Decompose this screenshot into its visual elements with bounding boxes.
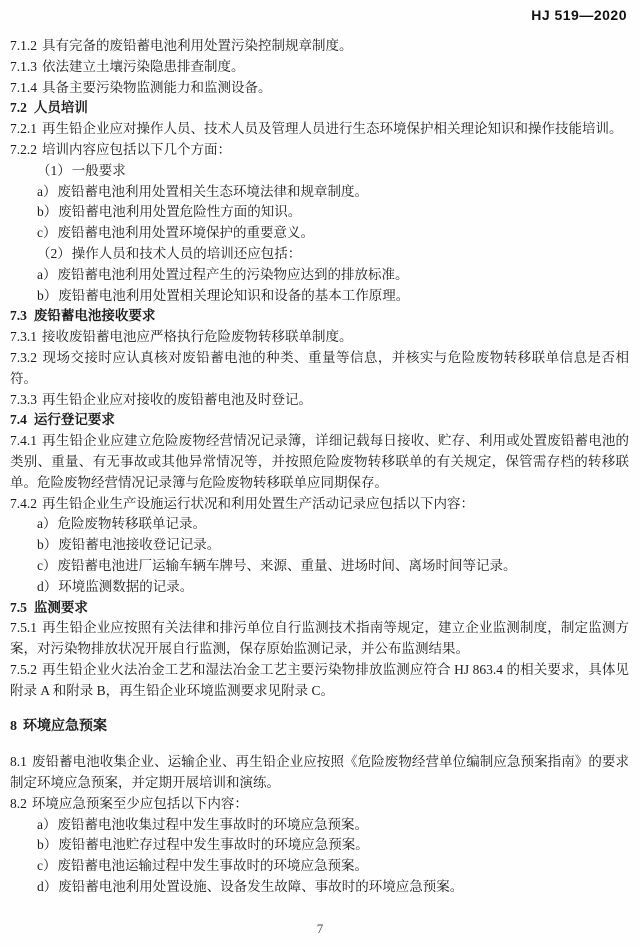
clause-text: 废铅蓄电池接收要求	[34, 308, 156, 323]
clause-paragraph: 8.2环境应急预案至少应包括以下内容：	[10, 794, 629, 815]
clause-paragraph: 7.2.1再生铅企业应对操作人员、技术人员及管理人员进行生态环境保护相关理论知识…	[10, 119, 629, 140]
clause-text: 现场交接时应认真核对废铅蓄电池的种类、重量等信息，并核实与危险废物转移联单信息是…	[10, 350, 629, 386]
clause-text: 再生铅企业火法冶金工艺和湿法冶金工艺主要污染物排放监测应符合 HJ 863.4 …	[10, 662, 629, 698]
clause-text: 具备主要污染物监测能力和监测设备。	[42, 80, 272, 95]
clause-number: 7.2.2	[10, 142, 37, 157]
clause-paragraph: 7.2.2培训内容应包括以下几个方面：	[10, 140, 629, 161]
list-item: c）废铅蓄电池运输过程中发生事故时的环境应急预案。	[10, 856, 629, 877]
clause-text: 废铅蓄电池利用处置过程产生的污染物应达到的排放标准。	[58, 267, 409, 282]
list-item: b）废铅蓄电池利用处置相关理论知识和设备的基本工作原理。	[10, 286, 629, 307]
clause-number: 7.3	[10, 308, 27, 323]
clause-text: 废铅蓄电池贮存过程中发生事故时的环境应急预案。	[58, 837, 369, 852]
clause-text: 人员培训	[34, 100, 88, 115]
clause-text: 废铅蓄电池利用处置相关理论知识和设备的基本工作原理。	[58, 288, 409, 303]
standard-code-header: HJ 519—2020	[531, 7, 627, 23]
clause-paragraph: 7.5.1再生铅企业应按照有关法律和排污单位自行监测技术指南等规定，建立企业监测…	[10, 618, 629, 660]
document-page: HJ 519—2020 7.1.2具有完备的废铅蓄电池利用处置污染控制规章制度。…	[0, 0, 640, 946]
list-item: c）废铅蓄电池进厂运输车辆车牌号、来源、重量、进场时间、离场时间等记录。	[10, 556, 629, 577]
section-heading: 7.5监测要求	[10, 598, 629, 619]
clause-number: a）	[37, 267, 57, 282]
clause-number: 8.2	[10, 796, 27, 811]
clause-number: 7.3.3	[10, 392, 37, 407]
clause-text: 再生铅企业应按照有关法律和排污单位自行监测技术指南等规定，建立企业监测制度，制定…	[10, 620, 629, 656]
clause-number: 7.3.1	[10, 329, 37, 344]
clause-number: b）	[37, 837, 57, 852]
clause-paragraph: 7.3.2现场交接时应认真核对废铅蓄电池的种类、重量等信息，并核实与危险废物转移…	[10, 348, 629, 390]
clause-number: 7.2.1	[10, 121, 37, 136]
clause-number: 7.1.3	[10, 59, 37, 74]
clause-text: 一般要求	[72, 163, 126, 178]
clause-paragraph: 7.5.2再生铅企业火法冶金工艺和湿法冶金工艺主要污染物排放监测应符合 HJ 8…	[10, 660, 629, 702]
clause-number: 8	[10, 719, 17, 734]
list-item: c）废铅蓄电池利用处置环境保护的重要意义。	[10, 223, 629, 244]
clause-text: 运行登记要求	[34, 412, 115, 427]
clause-text: 环境监测数据的记录。	[58, 579, 193, 594]
clause-number: 7.4.2	[10, 496, 37, 511]
clause-number: a）	[37, 184, 57, 199]
clause-paragraph: 7.1.2具有完备的废铅蓄电池利用处置污染控制规章制度。	[10, 36, 629, 57]
clause-paragraph: 7.3.1接收废铅蓄电池应严格执行危险废物转移联单制度。	[10, 327, 629, 348]
list-item: d）废铅蓄电池利用处置设施、设备发生故障、事故时的环境应急预案。	[10, 877, 629, 898]
clause-text: 依法建立土壤污染隐患排查制度。	[42, 59, 245, 74]
clause-text: 环境应急预案至少应包括以下内容：	[32, 796, 248, 811]
clause-text: 再生铅企业应对操作人员、技术人员及管理人员进行生态环境保护相关理论知识和操作技能…	[42, 121, 623, 136]
clause-text: 废铅蓄电池运输过程中发生事故时的环境应急预案。	[58, 858, 369, 873]
clause-number: 7.5.1	[10, 620, 37, 635]
document-content: 7.1.2具有完备的废铅蓄电池利用处置污染控制规章制度。7.1.3依法建立土壤污…	[10, 36, 629, 898]
clause-text: 废铅蓄电池接收登记记录。	[58, 537, 220, 552]
clause-text: 废铅蓄电池利用处置危险性方面的知识。	[58, 204, 301, 219]
clause-text: 再生铅企业应对接收的废铅蓄电池及时登记。	[42, 392, 312, 407]
list-item: （1）一般要求	[10, 161, 629, 182]
list-item: b）废铅蓄电池贮存过程中发生事故时的环境应急预案。	[10, 835, 629, 856]
clause-text: 危险废物转移联单记录。	[58, 516, 207, 531]
list-item: （2）操作人员和技术人员的培训还应包括：	[10, 244, 629, 265]
clause-paragraph: 7.1.3依法建立土壤污染隐患排查制度。	[10, 57, 629, 78]
clause-text: 监测要求	[34, 600, 88, 615]
page-number: 7	[0, 921, 640, 937]
clause-paragraph: 7.4.2再生铅企业生产设施运行状况和利用处置生产活动记录应包括以下内容：	[10, 494, 629, 515]
section-heading: 7.2人员培训	[10, 98, 629, 119]
clause-text: 废铅蓄电池利用处置环境保护的重要意义。	[58, 225, 315, 240]
clause-text: 废铅蓄电池利用处置相关生态环境法律和规章制度。	[58, 184, 369, 199]
clause-number: 7.4.1	[10, 433, 37, 448]
clause-paragraph: 7.4.1再生铅企业应建立危险废物经营情况记录簿，详细记载每日接收、贮存、利用或…	[10, 431, 629, 493]
clause-paragraph: 7.3.3再生铅企业应对接收的废铅蓄电池及时登记。	[10, 390, 629, 411]
clause-number: d）	[37, 579, 57, 594]
clause-text: 操作人员和技术人员的培训还应包括：	[72, 246, 302, 261]
list-item: b）废铅蓄电池利用处置危险性方面的知识。	[10, 202, 629, 223]
clause-number: c）	[37, 225, 57, 240]
clause-paragraph: 7.1.4具备主要污染物监测能力和监测设备。	[10, 78, 629, 99]
list-item: a）危险废物转移联单记录。	[10, 514, 629, 535]
clause-number: 7.5.2	[10, 662, 37, 677]
section-heading: 7.3废铅蓄电池接收要求	[10, 306, 629, 327]
list-item: d）环境监测数据的记录。	[10, 577, 629, 598]
list-item: a）废铅蓄电池收集过程中发生事故时的环境应急预案。	[10, 815, 629, 836]
clause-text: 培训内容应包括以下几个方面：	[42, 142, 231, 157]
clause-number: 7.2	[10, 100, 27, 115]
clause-number: b）	[37, 204, 57, 219]
clause-text: 废铅蓄电池进厂运输车辆车牌号、来源、重量、进场时间、离场时间等记录。	[58, 558, 517, 573]
clause-number: （2）	[37, 246, 71, 261]
clause-number: 7.1.4	[10, 80, 37, 95]
clause-text: 再生铅企业生产设施运行状况和利用处置生产活动记录应包括以下内容：	[42, 496, 474, 511]
clause-number: 7.3.2	[10, 350, 37, 365]
list-item: b）废铅蓄电池接收登记记录。	[10, 535, 629, 556]
clause-text: 环境应急预案	[23, 719, 107, 734]
clause-text: 废铅蓄电池收集企业、运输企业、再生铅企业应按照《危险废物经营单位编制应急预案指南…	[10, 754, 629, 790]
clause-paragraph: 8.1废铅蓄电池收集企业、运输企业、再生铅企业应按照《危险废物经营单位编制应急预…	[10, 752, 629, 794]
clause-number: c）	[37, 558, 57, 573]
clause-number: d）	[37, 879, 57, 894]
clause-number: 7.1.2	[10, 38, 37, 53]
clause-number: b）	[37, 288, 57, 303]
clause-number: c）	[37, 858, 57, 873]
clause-text: 废铅蓄电池收集过程中发生事故时的环境应急预案。	[58, 817, 369, 832]
clause-number: 7.5	[10, 600, 27, 615]
chapter-heading: 8环境应急预案	[10, 717, 629, 738]
list-item: a）废铅蓄电池利用处置相关生态环境法律和规章制度。	[10, 182, 629, 203]
clause-number: b）	[37, 537, 57, 552]
clause-number: a）	[37, 516, 57, 531]
clause-text: 接收废铅蓄电池应严格执行危险废物转移联单制度。	[42, 329, 353, 344]
section-heading: 7.4运行登记要求	[10, 410, 629, 431]
clause-number: 8.1	[10, 754, 27, 769]
clause-text: 具有完备的废铅蓄电池利用处置污染控制规章制度。	[42, 38, 353, 53]
clause-number: （1）	[37, 163, 71, 178]
list-item: a）废铅蓄电池利用处置过程产生的污染物应达到的排放标准。	[10, 265, 629, 286]
clause-text: 废铅蓄电池利用处置设施、设备发生故障、事故时的环境应急预案。	[58, 879, 463, 894]
clause-number: a）	[37, 817, 57, 832]
clause-number: 7.4	[10, 412, 27, 427]
clause-text: 再生铅企业应建立危险废物经营情况记录簿，详细记载每日接收、贮存、利用或处置废铅蓄…	[10, 433, 629, 490]
